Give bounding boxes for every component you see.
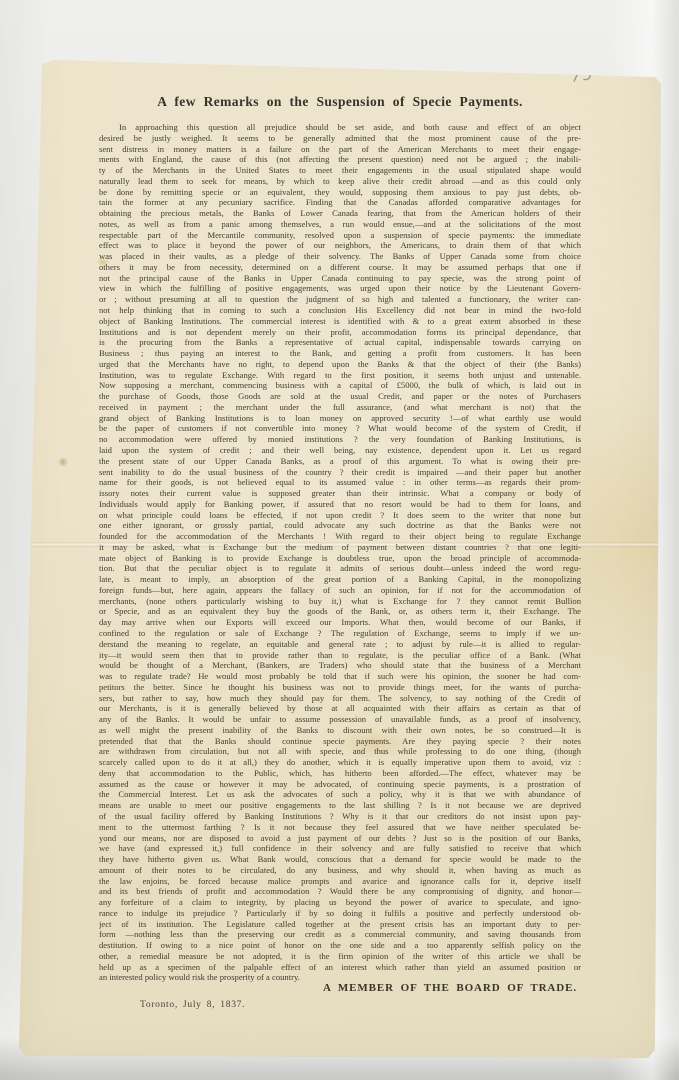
body-line: and its best friends of profit and accom… — [99, 886, 581, 897]
body-line: deny that accommodation to the Public, w… — [99, 768, 581, 779]
body-line: they have hitherto given us. What Bank w… — [99, 854, 581, 865]
body-line: not help thinking that in coming to such… — [99, 305, 581, 316]
body-line: sent inability to do the usual business … — [99, 467, 581, 478]
body-line: the present state of our Upper Canada Ba… — [99, 456, 581, 467]
body-line: naturally lead them to seek for means, b… — [99, 176, 581, 187]
dateline: Toronto, July 8, 1837. — [140, 1000, 245, 1010]
body-line: it may be asked, what is Exchange but th… — [99, 542, 581, 553]
body-line: assumed as the cause or however it may b… — [99, 779, 581, 790]
body-line: object of Banking Institutions. The comm… — [99, 316, 581, 327]
body-line: merchants, (none others particularly wis… — [99, 596, 581, 607]
body-line: pretended that that the Banks should con… — [99, 736, 581, 747]
body-line: yond our means, nor are disposed to avoi… — [99, 833, 581, 844]
body-line: urged that the Merchants have no right, … — [99, 359, 581, 370]
body-line: the purchase of Goods, those Goods are s… — [99, 391, 581, 402]
body-line: In approaching this question all prejudi… — [99, 122, 581, 133]
body-line: we have (and expressed it,) full confide… — [99, 843, 581, 854]
body-line: sers, but rather to say, how much they s… — [99, 693, 581, 704]
body-line: issory notes their current value is supp… — [99, 488, 581, 499]
body-line: no accommodation were offered by monied … — [99, 434, 581, 445]
body-line: confined to the regulation or sale of Ex… — [99, 628, 581, 639]
body-line: desired be justly weighed. It seems to b… — [99, 133, 581, 144]
body-line: held up as a specimen of the palpable ef… — [99, 962, 581, 973]
body-line: Individuals would apply for Banking powe… — [99, 499, 581, 510]
body-line: mate object of Banking is to provide Exc… — [99, 553, 581, 564]
body-line: Business ; thus paying an interest to th… — [99, 348, 581, 359]
body-line: any forfeiture of a claim to integrity, … — [99, 897, 581, 908]
body-line: on what principle could loans be effecte… — [99, 510, 581, 521]
body-line: any of the Banks. It would be unfair to … — [99, 714, 581, 725]
body-line: effect was to place it beyond the power … — [99, 240, 581, 251]
body-line: foreign funds—but, here again, appears t… — [99, 585, 581, 596]
body-line: as well might the present inability of t… — [99, 725, 581, 736]
body-line: tion. But that the peculiar object is to… — [99, 563, 581, 574]
body-line: the Commercial Interest. Let us ask the … — [99, 789, 581, 800]
body-line: or Specie, and as an equivalent they buy… — [99, 606, 581, 617]
body-line: ments with England, the cause of this (n… — [99, 154, 581, 165]
body-line: ment to the uttermost farthing ? Is it n… — [99, 822, 581, 833]
body-line: would be thought of a Merchant, (Bankers… — [99, 660, 581, 671]
body-line: ity—it would seem then that to provide r… — [99, 650, 581, 661]
body-line: was placed in their vaults, as a pledge … — [99, 251, 581, 262]
body-line: rance to indulge its prejudice ? Particu… — [99, 908, 581, 919]
body-line: notes, as well as from a panic among the… — [99, 219, 581, 230]
body-line: other, a remedial measure be not adopted… — [99, 951, 581, 962]
body-line: the law enjoins, be forced because malic… — [99, 876, 581, 887]
body-line: ty of the Merchants in the United States… — [99, 165, 581, 176]
body-line: laid upon the system of credit ; and the… — [99, 445, 581, 456]
document-title: A few Remarks on the Suspension of Speci… — [60, 94, 620, 110]
body-line: obtaining the precious metals, the Banks… — [99, 208, 581, 219]
body-line: is the procuring from the Banks a repres… — [99, 337, 581, 348]
pencil-annotation: 75- — [570, 64, 602, 86]
body-line: ject of its institution. The Legislature… — [99, 919, 581, 930]
body-line: Institution, was to regulate Exchange. W… — [99, 370, 581, 381]
document-body: In approaching this question all prejudi… — [99, 122, 581, 983]
body-line: Now supposing a merchant, commencing bus… — [99, 380, 581, 391]
body-line: others it may be from necessity, determi… — [99, 262, 581, 273]
body-line: scarcely called upon to do it at all,) t… — [99, 757, 581, 768]
body-line: received in payment ; the merchant under… — [99, 402, 581, 413]
body-line: one either ignorant, or grossly partial,… — [99, 520, 581, 531]
body-line: petitors the better. Since he thought hi… — [99, 682, 581, 693]
body-line: not the principal cause of the Banks in … — [99, 273, 581, 284]
scan-background: 75- A few Remarks on the Suspension of S… — [0, 0, 679, 1080]
document-page: 75- A few Remarks on the Suspension of S… — [0, 0, 679, 1080]
body-line: of the usual facility offered by Banking… — [99, 811, 581, 822]
body-line: founded for the accommodation of the Mer… — [99, 531, 581, 542]
body-line: destitution. If owing to a nice point of… — [99, 940, 581, 951]
body-line: form —nothing less than the preserving o… — [99, 929, 581, 940]
body-line: late, is meant to imply, an absorption o… — [99, 574, 581, 585]
body-line: day may arrive when our Exports will exc… — [99, 617, 581, 628]
body-line: was to regulate trade? He would most pro… — [99, 671, 581, 682]
signature-line: A MEMBER OF THE BOARD OF TRADE. — [99, 982, 577, 994]
body-line: amount of their notes to be circulated, … — [99, 865, 581, 876]
body-line: means are unable to meet our positive en… — [99, 800, 581, 811]
body-line: name for their goods, is not believed eq… — [99, 477, 581, 488]
body-line: sent distress in money matters is a fail… — [99, 144, 581, 155]
body-line: derstand the meaning to regelate, an equ… — [99, 639, 581, 650]
body-line: tain the former at any pecuniary sacrifi… — [99, 197, 581, 208]
body-line: grand object of Banking Institutions is … — [99, 413, 581, 424]
body-line: be the paper of customers if not convert… — [99, 423, 581, 434]
body-line: or ; without presuming at all to questio… — [99, 294, 581, 305]
body-line: our Merchants, is it is generally believ… — [99, 703, 581, 714]
body-line: Institutions and is not dependent merely… — [99, 327, 581, 338]
body-line: view in which the fulfilling of positive… — [99, 283, 581, 294]
body-line: be done by remitting specie or an equiva… — [99, 187, 581, 198]
body-line: are withdrawn from circulation, but not … — [99, 746, 581, 757]
body-line: respectable part of the Mercantile commu… — [99, 230, 581, 241]
